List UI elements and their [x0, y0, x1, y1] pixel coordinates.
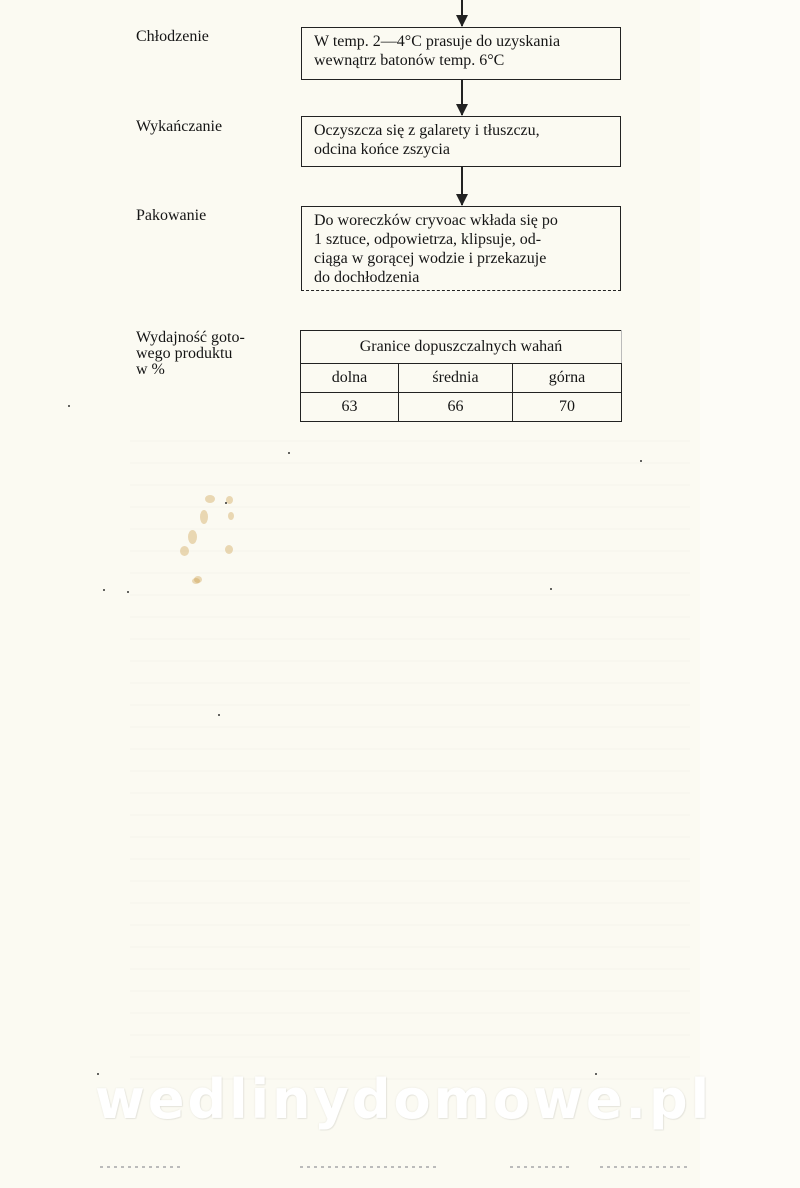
bottom-bleed — [100, 1166, 180, 1168]
step-label-cooling: Chłodzenie — [136, 28, 209, 45]
yield-col-upper: górna — [513, 364, 622, 393]
step-text-line: ciąga w gorącej wodzie i przekazuje — [314, 249, 610, 268]
paper-stain — [226, 496, 233, 504]
bleed-through-text — [130, 440, 690, 1080]
yield-value-upper: 70 — [513, 393, 622, 422]
speck — [68, 405, 70, 407]
paper-stain — [228, 512, 234, 520]
yield-label-line: Wydajność goto- — [136, 330, 245, 346]
flow-arrow — [461, 167, 463, 205]
speck — [288, 452, 290, 454]
speck — [640, 460, 642, 462]
yield-table: Granice dopuszczalnych wahań dolna średn… — [300, 330, 622, 422]
yield-value-lower: 63 — [301, 393, 399, 422]
watermark: wedlinydomowe.pl — [95, 1068, 712, 1131]
paper-stain — [180, 546, 189, 556]
step-label-finishing: Wykańczanie — [136, 118, 222, 135]
step-text-line: W temp. 2—4°C prasuje do uzyskania — [314, 32, 610, 51]
step-text-line: do dochłodzenia — [314, 268, 610, 287]
step-label-packaging: Pakowanie — [136, 207, 206, 224]
paper-stain — [200, 510, 208, 524]
step-text-line: wewnątrz batonów temp. 6°C — [314, 51, 610, 70]
speck — [103, 589, 105, 591]
step-box-cooling: W temp. 2—4°C prasuje do uzyskania wewną… — [301, 27, 621, 80]
bottom-bleed — [510, 1166, 570, 1168]
page-edge — [700, 0, 800, 1188]
flow-arrow-in — [461, 0, 463, 26]
step-text-line: Oczyszcza się z galarety i tłuszczu, — [314, 121, 610, 140]
bottom-bleed — [600, 1166, 690, 1168]
yield-col-average: średnia — [399, 364, 513, 393]
paper-stain — [192, 578, 200, 584]
yield-label: Wydajność goto- wego produktu w % — [136, 330, 245, 378]
step-text-line: 1 sztuce, odpowietrza, klipsuje, od- — [314, 230, 610, 249]
speck — [218, 714, 220, 716]
step-box-packaging: Do woreczków cryvoac wkłada się po 1 szt… — [301, 206, 621, 291]
speck — [225, 502, 227, 504]
flow-arrow — [461, 80, 463, 115]
bottom-bleed — [300, 1166, 440, 1168]
step-box-finishing: Oczyszcza się z galarety i tłuszczu, odc… — [301, 116, 621, 167]
speck — [127, 591, 129, 593]
yield-label-line: w % — [136, 362, 245, 378]
paper-stain — [225, 545, 233, 554]
yield-label-line: wego produktu — [136, 346, 245, 362]
step-text-line: Do woreczków cryvoac wkłada się po — [314, 211, 610, 230]
yield-col-lower: dolna — [301, 364, 399, 393]
yield-table-header: Granice dopuszczalnych wahań — [301, 331, 622, 364]
paper-stain — [188, 530, 197, 544]
paper-stain — [205, 495, 215, 503]
speck — [550, 588, 552, 590]
step-text-line: odcina końce zszycia — [314, 140, 610, 159]
yield-value-average: 66 — [399, 393, 513, 422]
